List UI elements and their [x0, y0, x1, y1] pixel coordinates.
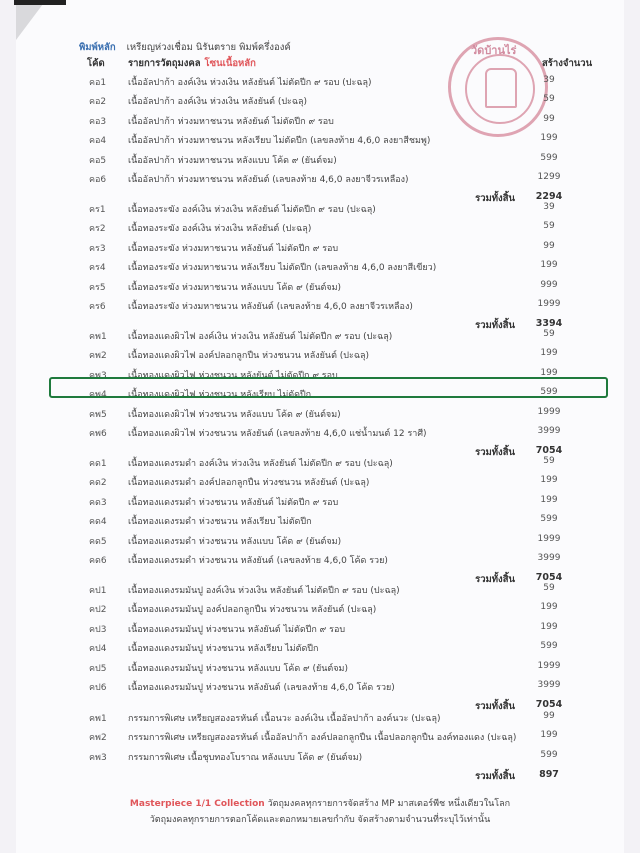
item-code: คอ2	[89, 94, 106, 108]
item-description: เนื้อทองแดงรมดำ องค์ปลอกลูกปืน ห่วงชนวน …	[128, 475, 369, 489]
table-row: คป6เนื้อทองแดงรมมันปู ห่วงชนวน หลังยันต์…	[0, 677, 640, 696]
item-description: เนื้อทองแดงรมมันปู องค์ปลอกลูกปืน ห่วงชน…	[128, 602, 376, 616]
item-quantity: 59	[520, 456, 578, 466]
item-quantity: 3999	[520, 680, 578, 690]
column-header-zone: โซนเนื้อหลัก	[205, 58, 256, 69]
item-description: เนื้อทองแดงรมดำ ห่วงชนวน หลังยันต์ (เลขล…	[128, 553, 388, 567]
highlight-box	[49, 377, 608, 398]
table-row: คด4เนื้อทองแดงรมดำ ห่วงชนวน หลังเรียบ ไม…	[0, 511, 640, 530]
column-header-code: โค้ด	[87, 56, 105, 71]
header-title: เหรียญห่วงเชื่อม นิรันตราย พิมพ์ครึ่งองค…	[127, 42, 291, 53]
item-description: เนื้อทองแดงรมดำ ห่วงชนวน หลังเรียบ ไม่ตั…	[128, 514, 312, 528]
table-row: คด1เนื้อทองแดงรมดำ องค์เงิน ห่วงเงิน หลั…	[0, 453, 640, 472]
item-code: คป4	[89, 641, 106, 655]
item-quantity: 59	[520, 221, 578, 231]
item-quantity: 199	[520, 602, 578, 612]
table-row: คป2เนื้อทองแดงรมมันปู องค์ปลอกลูกปืน ห่ว…	[0, 599, 640, 618]
item-code: คพ5	[89, 407, 107, 421]
item-description: เนื้ออัลปาก้า องค์เงิน ห่วงเงิน หลังยันต…	[128, 94, 307, 108]
item-quantity: 3999	[520, 553, 578, 563]
item-description: เนื้อทองแดงรมมันปู องค์เงิน ห่วงเงิน หลั…	[128, 583, 400, 597]
scan-edge	[14, 0, 66, 5]
item-quantity: 199	[520, 348, 578, 358]
item-description: เนื้อทองแดงรมดำ ห่วงชนวน หลังแบบ โค้ด ๙ …	[128, 534, 341, 548]
item-description: เนื้อทองแดงผิวไฟ ห่วงชนวน หลังแบบ โค้ด ๙…	[128, 407, 341, 421]
item-quantity: 199	[520, 622, 578, 632]
item-description: เนื้อทองระฆัง ห่วงมหาชนวน หลังเรียบ ไม่ต…	[128, 260, 436, 274]
item-code: คป6	[89, 680, 106, 694]
table-row: คพ1กรรมการพิเศษ เหรียญสองอรหันต์ เนื้อนว…	[0, 708, 640, 727]
item-description: เนื้อทองแดงรมดำ องค์เงิน ห่วงเงิน หลังยั…	[128, 456, 393, 470]
table-row: คพ6เนื้อทองแดงผิวไฟ ห่วงชนวน หลังยันต์ (…	[0, 423, 640, 442]
document-header: พิมพ์หลัก เหรียญห่วงเชื่อม นิรันตราย พิม…	[79, 40, 291, 55]
table-row: คร6เนื้อทองระฆัง ห่วงมหาชนวน หลังยันต์ (…	[0, 296, 640, 315]
table-row: คพ3กรรมการพิเศษ เนื้อชุบทองโบราณ หลังแบบ…	[0, 747, 640, 766]
item-quantity: 59	[520, 329, 578, 339]
item-code: คพ6	[89, 426, 107, 440]
item-description: เนื้อทองแดงผิวไฟ องค์เงิน ห่วงเงิน หลังย…	[128, 329, 392, 343]
item-code: คพ1	[89, 329, 107, 343]
item-code: คด5	[89, 534, 107, 548]
table-row: คร2เนื้อทองระฆัง องค์เงิน ห่วงเงิน หลังย…	[0, 218, 640, 237]
item-quantity: 199	[520, 730, 578, 740]
table-row: คด3เนื้อทองแดงรมดำ ห่วงชนวน หลังยันต์ ไม…	[0, 492, 640, 511]
item-code: คด6	[89, 553, 107, 567]
item-quantity: 199	[520, 133, 578, 143]
item-code: คอ5	[89, 153, 106, 167]
page-fold-corner	[16, 0, 46, 40]
item-quantity: 199	[520, 260, 578, 270]
table-row: คพ5เนื้อทองแดงผิวไฟ ห่วงชนวน หลังแบบ โค้…	[0, 404, 640, 423]
table-row: คป4เนื้อทองแดงรมมันปู ห่วงชนวน หลังเรียบ…	[0, 638, 640, 657]
item-quantity: 599	[520, 514, 578, 524]
table-row: คร1เนื้อทองระฆัง องค์เงิน ห่วงเงิน หลังย…	[0, 199, 640, 218]
item-description: กรรมการพิเศษ เหรียญสองอรหันต์ เนื้อนวะ อ…	[128, 711, 440, 725]
table-row: คด6เนื้อทองแดงรมดำ ห่วงชนวน หลังยันต์ (เ…	[0, 550, 640, 569]
item-code: คป5	[89, 661, 106, 675]
item-code: คอ1	[89, 75, 106, 89]
item-code: คร2	[89, 221, 106, 235]
item-quantity: 199	[520, 475, 578, 485]
item-code: คร6	[89, 299, 106, 313]
item-quantity: 3999	[520, 426, 578, 436]
item-quantity: 99	[520, 114, 578, 124]
item-description: กรรมการพิเศษ เหรียญสองอรหันต์ เนื้ออัลปา…	[128, 730, 516, 744]
footer-line-1: Masterpiece 1/1 Collection วัตถุมงคลทุกร…	[0, 796, 640, 810]
item-quantity: 1999	[520, 534, 578, 544]
item-description: เนื้อทองแดงรมมันปู ห่วงชนวน หลังยันต์ (เ…	[128, 680, 395, 694]
table-row: คพ2กรรมการพิเศษ เหรียญสองอรหันต์ เนื้ออั…	[0, 727, 640, 746]
item-description: เนื้ออัลปาก้า ห่วงมหาชนวน หลังยันต์ ไม่ต…	[128, 114, 334, 128]
item-code: คพ2	[89, 348, 107, 362]
table-row: คร3เนื้อทองระฆัง ห่วงมหาชนวน หลังยันต์ ไ…	[0, 238, 640, 257]
total-value: 897	[520, 769, 578, 780]
table-row: คร4เนื้อทองระฆัง ห่วงมหาชนวน หลังเรียบ ไ…	[0, 257, 640, 276]
table-row: คป3เนื้อทองแดงรมมันปู ห่วงชนวน หลังยันต์…	[0, 619, 640, 638]
item-code: คอ3	[89, 114, 106, 128]
item-description: เนื้อทองแดงรมมันปู ห่วงชนวน หลังเรียบ ไม…	[128, 641, 318, 655]
column-header-item: รายการวัตถุมงคลโซนเนื้อหลัก	[128, 56, 256, 71]
item-quantity: 39	[520, 75, 578, 85]
item-quantity: 39	[520, 202, 578, 212]
item-description: เนื้อทองแดงรมดำ ห่วงชนวน หลังยันต์ ไม่ตั…	[128, 495, 338, 509]
item-description: เนื้ออัลปาก้า ห่วงมหาชนวน หลังเรียบ ไม่ต…	[128, 133, 430, 147]
item-description: เนื้อทองแดงรมมันปู ห่วงชนวน หลังยันต์ ไม…	[128, 622, 345, 636]
item-code: คด4	[89, 514, 107, 528]
table-row: คอ1เนื้ออัลปาก้า องค์เงิน ห่วงเงิน หลังย…	[0, 72, 640, 91]
item-quantity: 1999	[520, 661, 578, 671]
item-quantity: 599	[520, 153, 578, 163]
table-row: คอ4เนื้ออัลปาก้า ห่วงมหาชนวน หลังเรียบ ไ…	[0, 130, 640, 149]
total-label: รวมทั้งสิ้น	[440, 769, 515, 784]
item-description: เนื้อทองแดงรมมันปู ห่วงชนวน หลังแบบ โค้ด…	[128, 661, 348, 675]
item-code: คด3	[89, 495, 107, 509]
item-description: เนื้ออัลปาก้า ห่วงมหาชนวน หลังแบบ โค้ด ๙…	[128, 153, 337, 167]
table-row: คร5เนื้อทองระฆัง ห่วงมหาชนวน หลังแบบ โค้…	[0, 277, 640, 296]
table-row: คอ3เนื้ออัลปาก้า ห่วงมหาชนวน หลังยันต์ ไ…	[0, 111, 640, 130]
item-code: คอ4	[89, 133, 106, 147]
group-total-row: รวมทั้งสิ้น897	[0, 766, 640, 785]
item-code: คอ6	[89, 172, 106, 186]
column-header-item-label: รายการวัตถุมงคล	[128, 58, 201, 69]
item-code: คด2	[89, 475, 107, 489]
item-description: เนื้อทองระฆัง องค์เงิน ห่วงเงิน หลังยันต…	[128, 221, 311, 235]
item-description: เนื้อทองแดงผิวไฟ ห่วงชนวน หลังยันต์ (เลข…	[128, 426, 427, 440]
item-quantity: 599	[520, 750, 578, 760]
table-row: คอ2เนื้ออัลปาก้า องค์เงิน ห่วงเงิน หลังย…	[0, 91, 640, 110]
item-description: เนื้อทองระฆัง ห่วงมหาชนวน หลังแบบ โค้ด ๙…	[128, 280, 341, 294]
item-description: เนื้อทองแดงผิวไฟ องค์ปลอกลูกปืน ห่วงชนวน…	[128, 348, 369, 362]
item-code: คร4	[89, 260, 106, 274]
item-quantity: 599	[520, 641, 578, 651]
table-row: คพ2เนื้อทองแดงผิวไฟ องค์ปลอกลูกปืน ห่วงช…	[0, 345, 640, 364]
header-label: พิมพ์หลัก	[79, 42, 116, 53]
table-row: คป1เนื้อทองแดงรมมันปู องค์เงิน ห่วงเงิน …	[0, 580, 640, 599]
item-code: คร3	[89, 241, 106, 255]
item-description: กรรมการพิเศษ เนื้อชุบทองโบราณ หลังแบบ โค…	[128, 750, 362, 764]
item-code: คป3	[89, 622, 106, 636]
item-code: คป1	[89, 583, 106, 597]
item-code: คพ3	[89, 750, 107, 764]
table-row: คอ5เนื้ออัลปาก้า ห่วงมหาชนวน หลังแบบ โค้…	[0, 150, 640, 169]
footer-brand: Masterpiece 1/1 Collection	[130, 799, 265, 809]
item-quantity: 1299	[520, 172, 578, 182]
item-description: เนื้อทองระฆัง องค์เงิน ห่วงเงิน หลังยันต…	[128, 202, 376, 216]
table-row: คด5เนื้อทองแดงรมดำ ห่วงชนวน หลังแบบ โค้ด…	[0, 531, 640, 550]
item-quantity: 1999	[520, 407, 578, 417]
item-quantity: 99	[520, 711, 578, 721]
table-row: คพ1เนื้อทองแดงผิวไฟ องค์เงิน ห่วงเงิน หล…	[0, 326, 640, 345]
item-description: เนื้อทองระฆัง ห่วงมหาชนวน หลังยันต์ (เลข…	[128, 299, 413, 313]
table-row: คป5เนื้อทองแดงรมมันปู ห่วงชนวน หลังแบบ โ…	[0, 658, 640, 677]
item-description: เนื้ออัลปาก้า องค์เงิน ห่วงเงิน หลังยันต…	[128, 75, 371, 89]
item-quantity: 59	[520, 583, 578, 593]
table-row: คด2เนื้อทองแดงรมดำ องค์ปลอกลูกปืน ห่วงชน…	[0, 472, 640, 491]
footer-text-1: วัตถุมงคลทุกรายการจัดสร้าง MP มาสเตอร์พี…	[268, 799, 511, 809]
table-row: คอ6เนื้ออัลปาก้า ห่วงมหาชนวน หลังยันต์ (…	[0, 169, 640, 188]
item-code: คป2	[89, 602, 106, 616]
footer-line-2: วัตถุมงคลทุกรายการตอกโค้ดและตอกหมายเลขกำ…	[0, 812, 640, 826]
item-quantity: 199	[520, 495, 578, 505]
item-description: เนื้อทองระฆัง ห่วงมหาชนวน หลังยันต์ ไม่ต…	[128, 241, 338, 255]
column-header-qty: สร้างจำนวน	[542, 56, 592, 71]
item-code: คร1	[89, 202, 106, 216]
item-code: คพ2	[89, 730, 107, 744]
item-quantity: 59	[520, 94, 578, 104]
item-description: เนื้ออัลปาก้า ห่วงมหาชนวน หลังยันต์ (เลข…	[128, 172, 409, 186]
item-quantity: 99	[520, 241, 578, 251]
item-code: คพ1	[89, 711, 107, 725]
item-code: คด1	[89, 456, 107, 470]
item-code: คร5	[89, 280, 106, 294]
item-quantity: 999	[520, 280, 578, 290]
item-quantity: 1999	[520, 299, 578, 309]
